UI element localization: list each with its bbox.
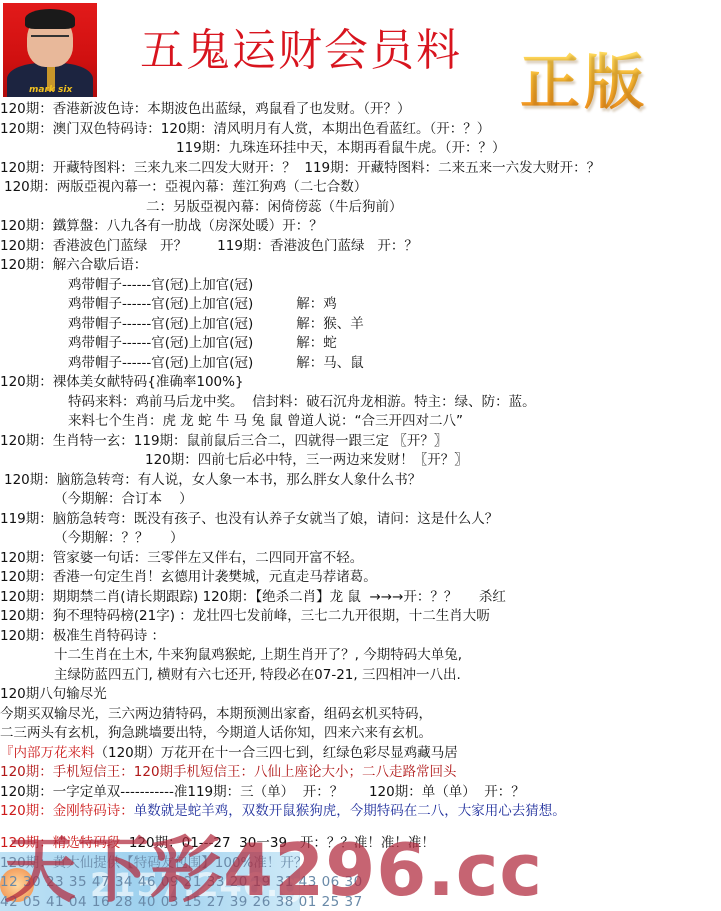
text-line: 120期：四前七后必中特，三一两边来发财！〖开？〗	[0, 451, 721, 471]
numbers-row-2: 42 05 41 04 16 28 40 03 15 27 39 26 38 0…	[0, 893, 721, 911]
text-line: 来料七个生肖：虎 龙 蛇 牛 马 兔 鼠 曾道人说：“合三开四对二八”	[0, 412, 721, 432]
text-line: 120期：两版亞視內幕一：亞視內幕：莲江狗鸡（二七合数）	[0, 178, 721, 198]
portrait-caption: mark six	[29, 85, 72, 95]
danshuang-line: 120期：一字定单双-----------准119期：三（单） 开：？ 120期…	[0, 783, 721, 803]
text-line: 二三两头有玄机，狗急跳墙要出特，今期道人话你知，四来六来有玄机。	[0, 724, 721, 744]
text-line: 120期：狗不理特码榜(21字) ：龙壮四七发前峰，三七二九开很期，十二生肖大呖	[0, 607, 721, 627]
jingxuan-text: 120期：01---27 30一39 开：？？准！准！准！	[120, 835, 435, 851]
text-line: 120期：香港新波色诗：本期波色出蓝绿，鸡鼠看了也发财。（开？）	[0, 100, 721, 120]
header: mark six 五鬼运财会员料 正版	[0, 0, 721, 98]
jingang-label: 120期：金刚特码诗：	[0, 803, 134, 819]
sms-line: 120期：手机短信王：120期手机短信王：八仙上座论大小；二八走路常回头	[0, 763, 721, 783]
text-line: 120期：脑筋急转弯：有人说，女人象一本书，那么胖女人象什么书？	[0, 471, 721, 491]
numbers-row-1: 12 30 23 35 47 34 46 09 21 33 20 19 31 4…	[0, 873, 721, 893]
text-line: 120期：鐵算盤：八九各有一肋战（房深处暖）开：？	[0, 217, 721, 237]
text-line: 鸡带帽子------官(冠)上加官(冠) 解：鸡	[0, 295, 721, 315]
text-line: 120期：管家婆一句话：三零伴左又伴右，二四同开富不轻。	[0, 549, 721, 569]
portrait-glasses	[31, 35, 69, 43]
text-line: 120期：极准生肖特码诗 ：	[0, 627, 721, 647]
jingxuan-line: 120期：精选特码段 120期：01---27 30一39 开：？？准！准！准！	[0, 834, 721, 854]
text-line: 120期：澳门双色特码诗：120期：清风明月有人赏，本期出色看蓝红。（开：？）	[0, 120, 721, 140]
text-line: 主绿防蓝四五门, 横财有六七还开, 特段必在07-21, 三四相冲一八出.	[0, 666, 721, 686]
text-line: 今期买双输尽光，三六两边猜特码，本期预测出家畜，组码玄机买特码，	[0, 705, 721, 725]
text-line: 120期：开藏特图料：三来九来二四发大财开：？ 119期：开藏特图料：二来五来一…	[0, 159, 721, 179]
text-line: 120期：裸体美女献特码{准确率100%}	[0, 373, 721, 393]
text-line: 特码来料：鸡前马后龙中奖。 信封料：破石沉舟龙相游。特主：绿、防：蓝。	[0, 393, 721, 413]
text-line: 119期：九珠连环挂中天，本期再看鼠牛虎。（开：？）	[0, 139, 721, 159]
text-line: 119期：脑筋急转弯：既没有孩子、也没有认养子女就当了娘，请问：这是什么人？	[0, 510, 721, 530]
portrait-hair	[25, 9, 75, 29]
wanhua-text: （120期）万花开在十一合三四七到，红绿色彩尽显鸡藏马居	[95, 745, 458, 761]
text-line: 鸡带帽子------官(冠)上加官(冠) 解：蛇	[0, 334, 721, 354]
wanhua-label: 『内部万花来料	[0, 745, 95, 761]
text-line: 鸡带帽子------官(冠)上加官(冠) 解：猴、羊	[0, 315, 721, 335]
text-line: 120期：期期禁二肖(请长期跟踪) 120期：【绝杀二肖】龙 鼠 →→→开：？？…	[0, 588, 721, 608]
text-line: 鸡带帽子------官(冠)上加官(冠) 解：马、鼠	[0, 354, 721, 374]
text-line: 鸡带帽子------官(冠)上加官(冠)	[0, 276, 721, 296]
jingang-line: 120期：金刚特码诗：单数就是蛇羊鸡，双数开鼠猴狗虎，今期特码在二八，大家用心去…	[0, 802, 721, 822]
portrait-image: mark six	[3, 3, 97, 97]
text-line: 120期八句输尽光	[0, 685, 721, 705]
text-line: （今期解：？？ ）	[0, 529, 721, 549]
page-title: 五鬼运财会员料	[140, 26, 462, 76]
content-body: 120期：香港新波色诗：本期波色出蓝绿，鸡鼠看了也发财。（开？） 120期：澳门…	[0, 100, 721, 822]
text-line: 二：另版亞視內幕：闲倚傍蕊（牛后狗前）	[0, 198, 721, 218]
wanhua-line: 『内部万花来料（120期）万花开在十一合三四七到，红绿色彩尽显鸡藏马居	[0, 744, 721, 764]
jingang-text: 单数就是蛇羊鸡，双数开鼠猴狗虎，今期特码在二八，大家用心去猜想。	[134, 803, 566, 819]
content-bottom: 120期：精选特码段 120期：01---27 30一39 开：？？准！准！准！…	[0, 834, 721, 911]
text-line: 120期：生肖特一玄：119期：鼠前鼠后三合二，四就得一跟三定 〖开？〗	[0, 432, 721, 452]
text-line: 120期：香港波色门蓝绿 开？ 119期：香港波色门蓝绿 开：？	[0, 237, 721, 257]
text-line: （今期解：合订本 ）	[0, 490, 721, 510]
jingxuan-label: 120期：精选特码段	[0, 835, 120, 851]
text-line: 十二生肖在土木, 牛来狗鼠鸡猴蛇, 上期生肖开了？, 今期特码大单兔,	[0, 646, 721, 666]
huang-line: 120期：黄大仙提供【特码友包围】100%准！开？	[0, 854, 721, 874]
text-line: 120期：解六合歇后语：	[0, 256, 721, 276]
text-line: 120期：香港一句定生肖！玄德用计袭樊城，元直走马荐诸葛。	[0, 568, 721, 588]
